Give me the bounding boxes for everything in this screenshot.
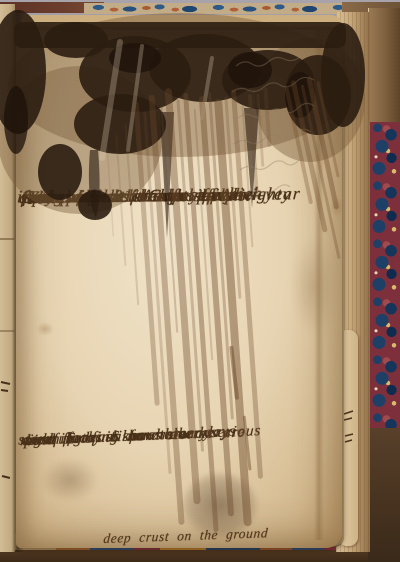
leather-cover-right-bottom [368,428,400,562]
foxing-spot [330,196,344,218]
ink-smudge [42,458,98,502]
ink-smudge [292,238,336,334]
handwriting-line: fiting for us Amen ———— [20,183,265,209]
marbled-paper-right [370,122,400,434]
foxing-spot [36,322,54,336]
marbled-paper-top [84,3,350,14]
manuscript-photo: Thursday 31st last of the year may we wi… [0,0,400,562]
page-top-edge-line [18,27,340,30]
